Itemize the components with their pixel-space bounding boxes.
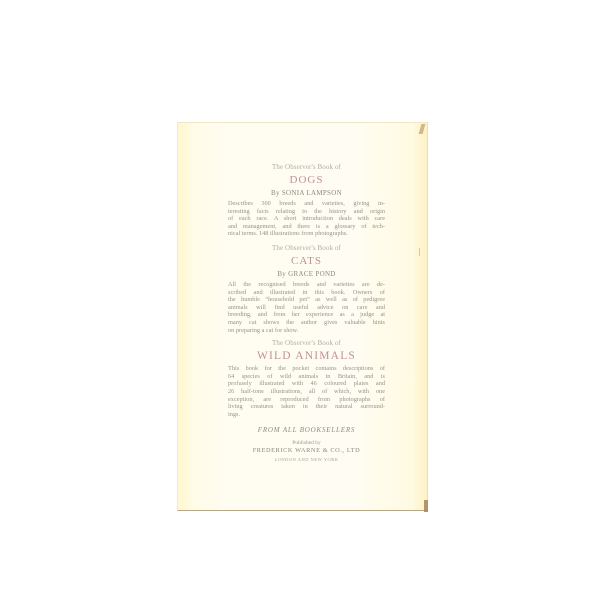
series-label: The Observer's Book of bbox=[228, 339, 385, 348]
description-line: the humble “household pet” as well as of… bbox=[228, 296, 385, 304]
book-description: All the recognised breeds and varieties … bbox=[228, 281, 385, 334]
description-line: Describes 300 breeds and varieties, givi… bbox=[228, 200, 385, 208]
book-advert-dogs: The Observer's Book of DOGS By SONIA LAM… bbox=[228, 163, 385, 238]
book-description: Describes 300 breeds and varieties, givi… bbox=[228, 200, 385, 238]
book-title: CATS bbox=[228, 254, 385, 268]
availability-note: FROM ALL BOOKSELLERS bbox=[228, 426, 385, 435]
description-line: exception, are reproduced from photograp… bbox=[228, 396, 385, 404]
book-description: This book for the pocket contains descri… bbox=[228, 365, 385, 418]
published-by-label: Published by bbox=[228, 440, 385, 447]
book-title: DOGS bbox=[228, 173, 385, 187]
description-line: This book for the pocket contains descri… bbox=[228, 365, 385, 373]
description-line: animals will find useful advice on care … bbox=[228, 304, 385, 312]
description-line: and management, and there is a glossary … bbox=[228, 223, 385, 231]
description-line: 64 species of wild animals in Britain, a… bbox=[228, 373, 385, 381]
book-author: By GRACE POND bbox=[228, 269, 385, 279]
description-line: many cat shows the author gives valuable… bbox=[228, 319, 385, 327]
description-line: of each race. A short introduction deals… bbox=[228, 215, 385, 223]
book-author: By SONIA LAMPSON bbox=[228, 188, 385, 198]
description-line: profusely illustrated with 46 coloured p… bbox=[228, 380, 385, 388]
description-line: teresting facts relating to the history … bbox=[228, 208, 385, 216]
description-line: ings. bbox=[228, 411, 385, 419]
publisher-name: FREDERICK WARNE & CO., LTD bbox=[228, 447, 385, 455]
book-title: WILD ANIMALS bbox=[228, 349, 385, 363]
cover-wear-bottom-right bbox=[424, 500, 428, 512]
book-advert-wild-animals: The Observer's Book of WILD ANIMALS This… bbox=[228, 339, 385, 418]
advert-text-block: The Observer's Book of DOGS By SONIA LAM… bbox=[228, 163, 385, 464]
series-label: The Observer's Book of bbox=[228, 244, 385, 253]
series-label: The Observer's Book of bbox=[228, 163, 385, 172]
description-line: nical terms. 148 illustrations from phot… bbox=[228, 230, 385, 238]
description-line: living creatures taken in their natural … bbox=[228, 403, 385, 411]
publisher-cities: LONDON AND NEW YORK bbox=[228, 456, 385, 464]
description-line: breeding, and from her experience as a j… bbox=[228, 311, 385, 319]
cover-mark bbox=[419, 248, 420, 256]
description-line: 26 half-tone illustrations, all of which… bbox=[228, 388, 385, 396]
description-line: scribed and illustrated in this book. Ow… bbox=[228, 289, 385, 297]
description-line: All the recognised breeds and varieties … bbox=[228, 281, 385, 289]
description-line: on preparing a cat for show. bbox=[228, 327, 385, 335]
book-advert-cats: The Observer's Book of CATS By GRACE PON… bbox=[228, 244, 385, 334]
